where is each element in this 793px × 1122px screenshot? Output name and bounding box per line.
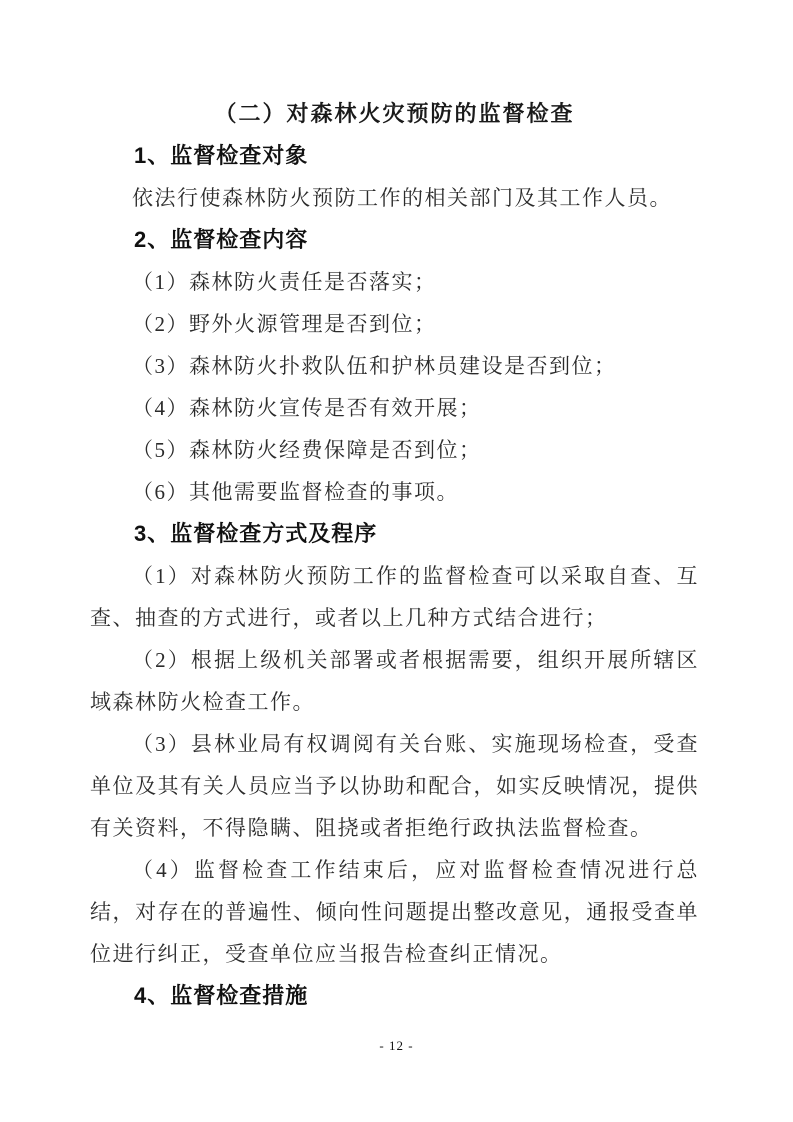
list-item-5: （5）森林防火经费保障是否到位；: [90, 429, 699, 471]
list-item-1: （1）森林防火责任是否落实；: [90, 261, 699, 303]
list-item-2: （2）野外火源管理是否到位；: [90, 303, 699, 345]
section-heading-supervision-method: 3、监督检查方式及程序: [90, 513, 699, 555]
list-item-6: （6）其他需要监督检查的事项。: [90, 471, 699, 513]
document-title: （二）对森林火灾预防的监督检查: [90, 93, 699, 135]
page-number: - 12 -: [0, 1038, 793, 1054]
paragraph-method-1: （1）对森林防火预防工作的监督检查可以采取自查、互查、抽查的方式进行，或者以上几…: [90, 555, 699, 639]
section-heading-supervision-content: 2、监督检查内容: [90, 219, 699, 261]
list-item-4: （4）森林防火宣传是否有效开展；: [90, 387, 699, 429]
document-page: （二）对森林火灾预防的监督检查 1、监督检查对象 依法行使森林防火预防工作的相关…: [0, 0, 793, 1122]
list-item-3: （3）森林防火扑救队伍和护林员建设是否到位；: [90, 345, 699, 387]
paragraph-method-2: （2）根据上级机关部署或者根据需要，组织开展所辖区域森林防火检查工作。: [90, 639, 699, 723]
paragraph-supervision-target: 依法行使森林防火预防工作的相关部门及其工作人员。: [90, 177, 699, 219]
section-heading-supervision-target: 1、监督检查对象: [90, 135, 699, 177]
paragraph-method-3: （3）县林业局有权调阅有关台账、实施现场检查，受查单位及其有关人员应当予以协助和…: [90, 723, 699, 849]
section-heading-supervision-measures: 4、监督检查措施: [90, 975, 699, 1017]
document-content: （二）对森林火灾预防的监督检查 1、监督检查对象 依法行使森林防火预防工作的相关…: [0, 0, 793, 1017]
paragraph-method-4: （4）监督检查工作结束后，应对监督检查情况进行总结，对存在的普遍性、倾向性问题提…: [90, 849, 699, 975]
